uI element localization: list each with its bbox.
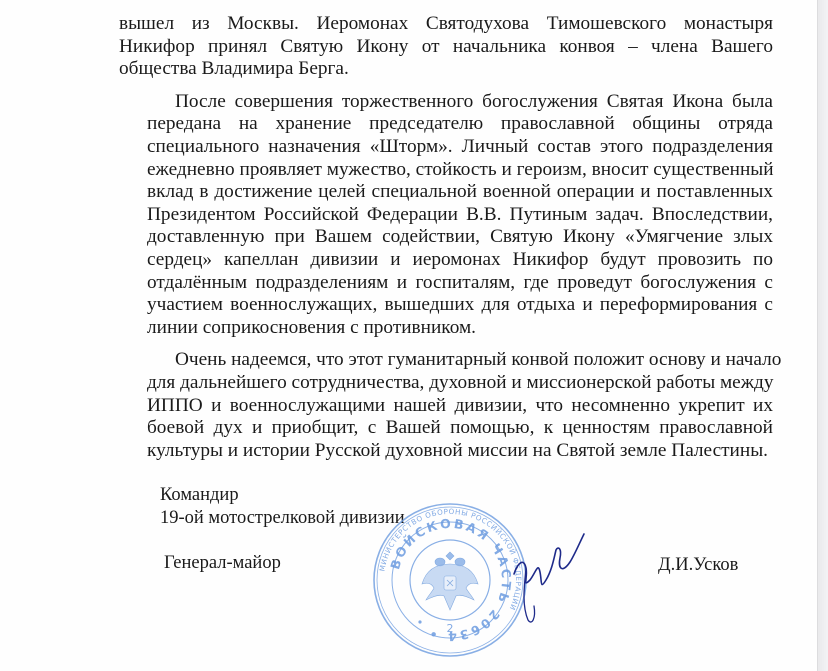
paragraph-icon-transfer: После совершения торжественного богослуж…	[119, 91, 773, 340]
text-line: После совершения торжественного богослуж…	[119, 91, 773, 114]
text-line: доставленную при Вашем содействии, Святу…	[119, 226, 773, 249]
text-line: специального назначения «Шторм». Личный …	[119, 136, 773, 159]
text-line: вклад в достижение целей специальной вое…	[119, 181, 773, 204]
text-line: Президентом Российской Федерации В.В. Пу…	[119, 204, 773, 227]
text-line: боевой дух и приобщит, с Вашей помощью, …	[119, 417, 773, 440]
text-line: линии соприкосновения с противником.	[119, 317, 773, 340]
signoff-division: 19-ой мотострелковой дивизии	[160, 508, 405, 529]
signoff-position-title: Командир	[160, 485, 239, 506]
text-line: Очень надеемся, что этот гуманитарный ко…	[119, 349, 773, 372]
text-line: передана на хранение председателю правос…	[119, 113, 773, 136]
text-line: вышел из Москвы. Иеромонах Святодухова Т…	[119, 13, 773, 36]
text-line: участием военнослужащих, вышедших для от…	[119, 294, 773, 317]
text-line: культуры и истории Русской духовной мисс…	[119, 440, 773, 463]
text-line: ИППО и военнослужащими нашей дивизии, чт…	[119, 395, 773, 418]
text-line: общества Владимира Берга.	[119, 58, 773, 81]
signoff-name: Д.И.Усков	[658, 555, 738, 576]
text-line: сердец» капеллан дивизии и иеромонах Ник…	[119, 249, 773, 272]
paragraph-convoy-arrival: вышел из Москвы. Иеромонах Святодухова Т…	[119, 13, 773, 81]
text-line: Никифор принял Святую Икону от начальник…	[119, 36, 773, 59]
letter-body: вышел из Москвы. Иеромонах Святодухова Т…	[119, 13, 773, 462]
paragraph-cooperation-hope: Очень надеемся, что этот гуманитарный ко…	[119, 349, 773, 462]
signature-icon	[500, 528, 590, 628]
text-line: для дальнейшего сотрудничества, духовной…	[119, 372, 773, 395]
svg-text:2: 2	[447, 622, 454, 635]
text-line: отдалённым подразделениям и госпиталям, …	[119, 272, 773, 295]
scan-page-edge	[817, 0, 828, 671]
document-page: вышел из Москвы. Иеромонах Святодухова Т…	[0, 0, 817, 671]
handwritten-signature	[500, 528, 590, 628]
signoff-rank: Генерал-майор	[164, 553, 281, 574]
text-line: ежедневно проявляет мужество, стойкость …	[119, 159, 773, 182]
